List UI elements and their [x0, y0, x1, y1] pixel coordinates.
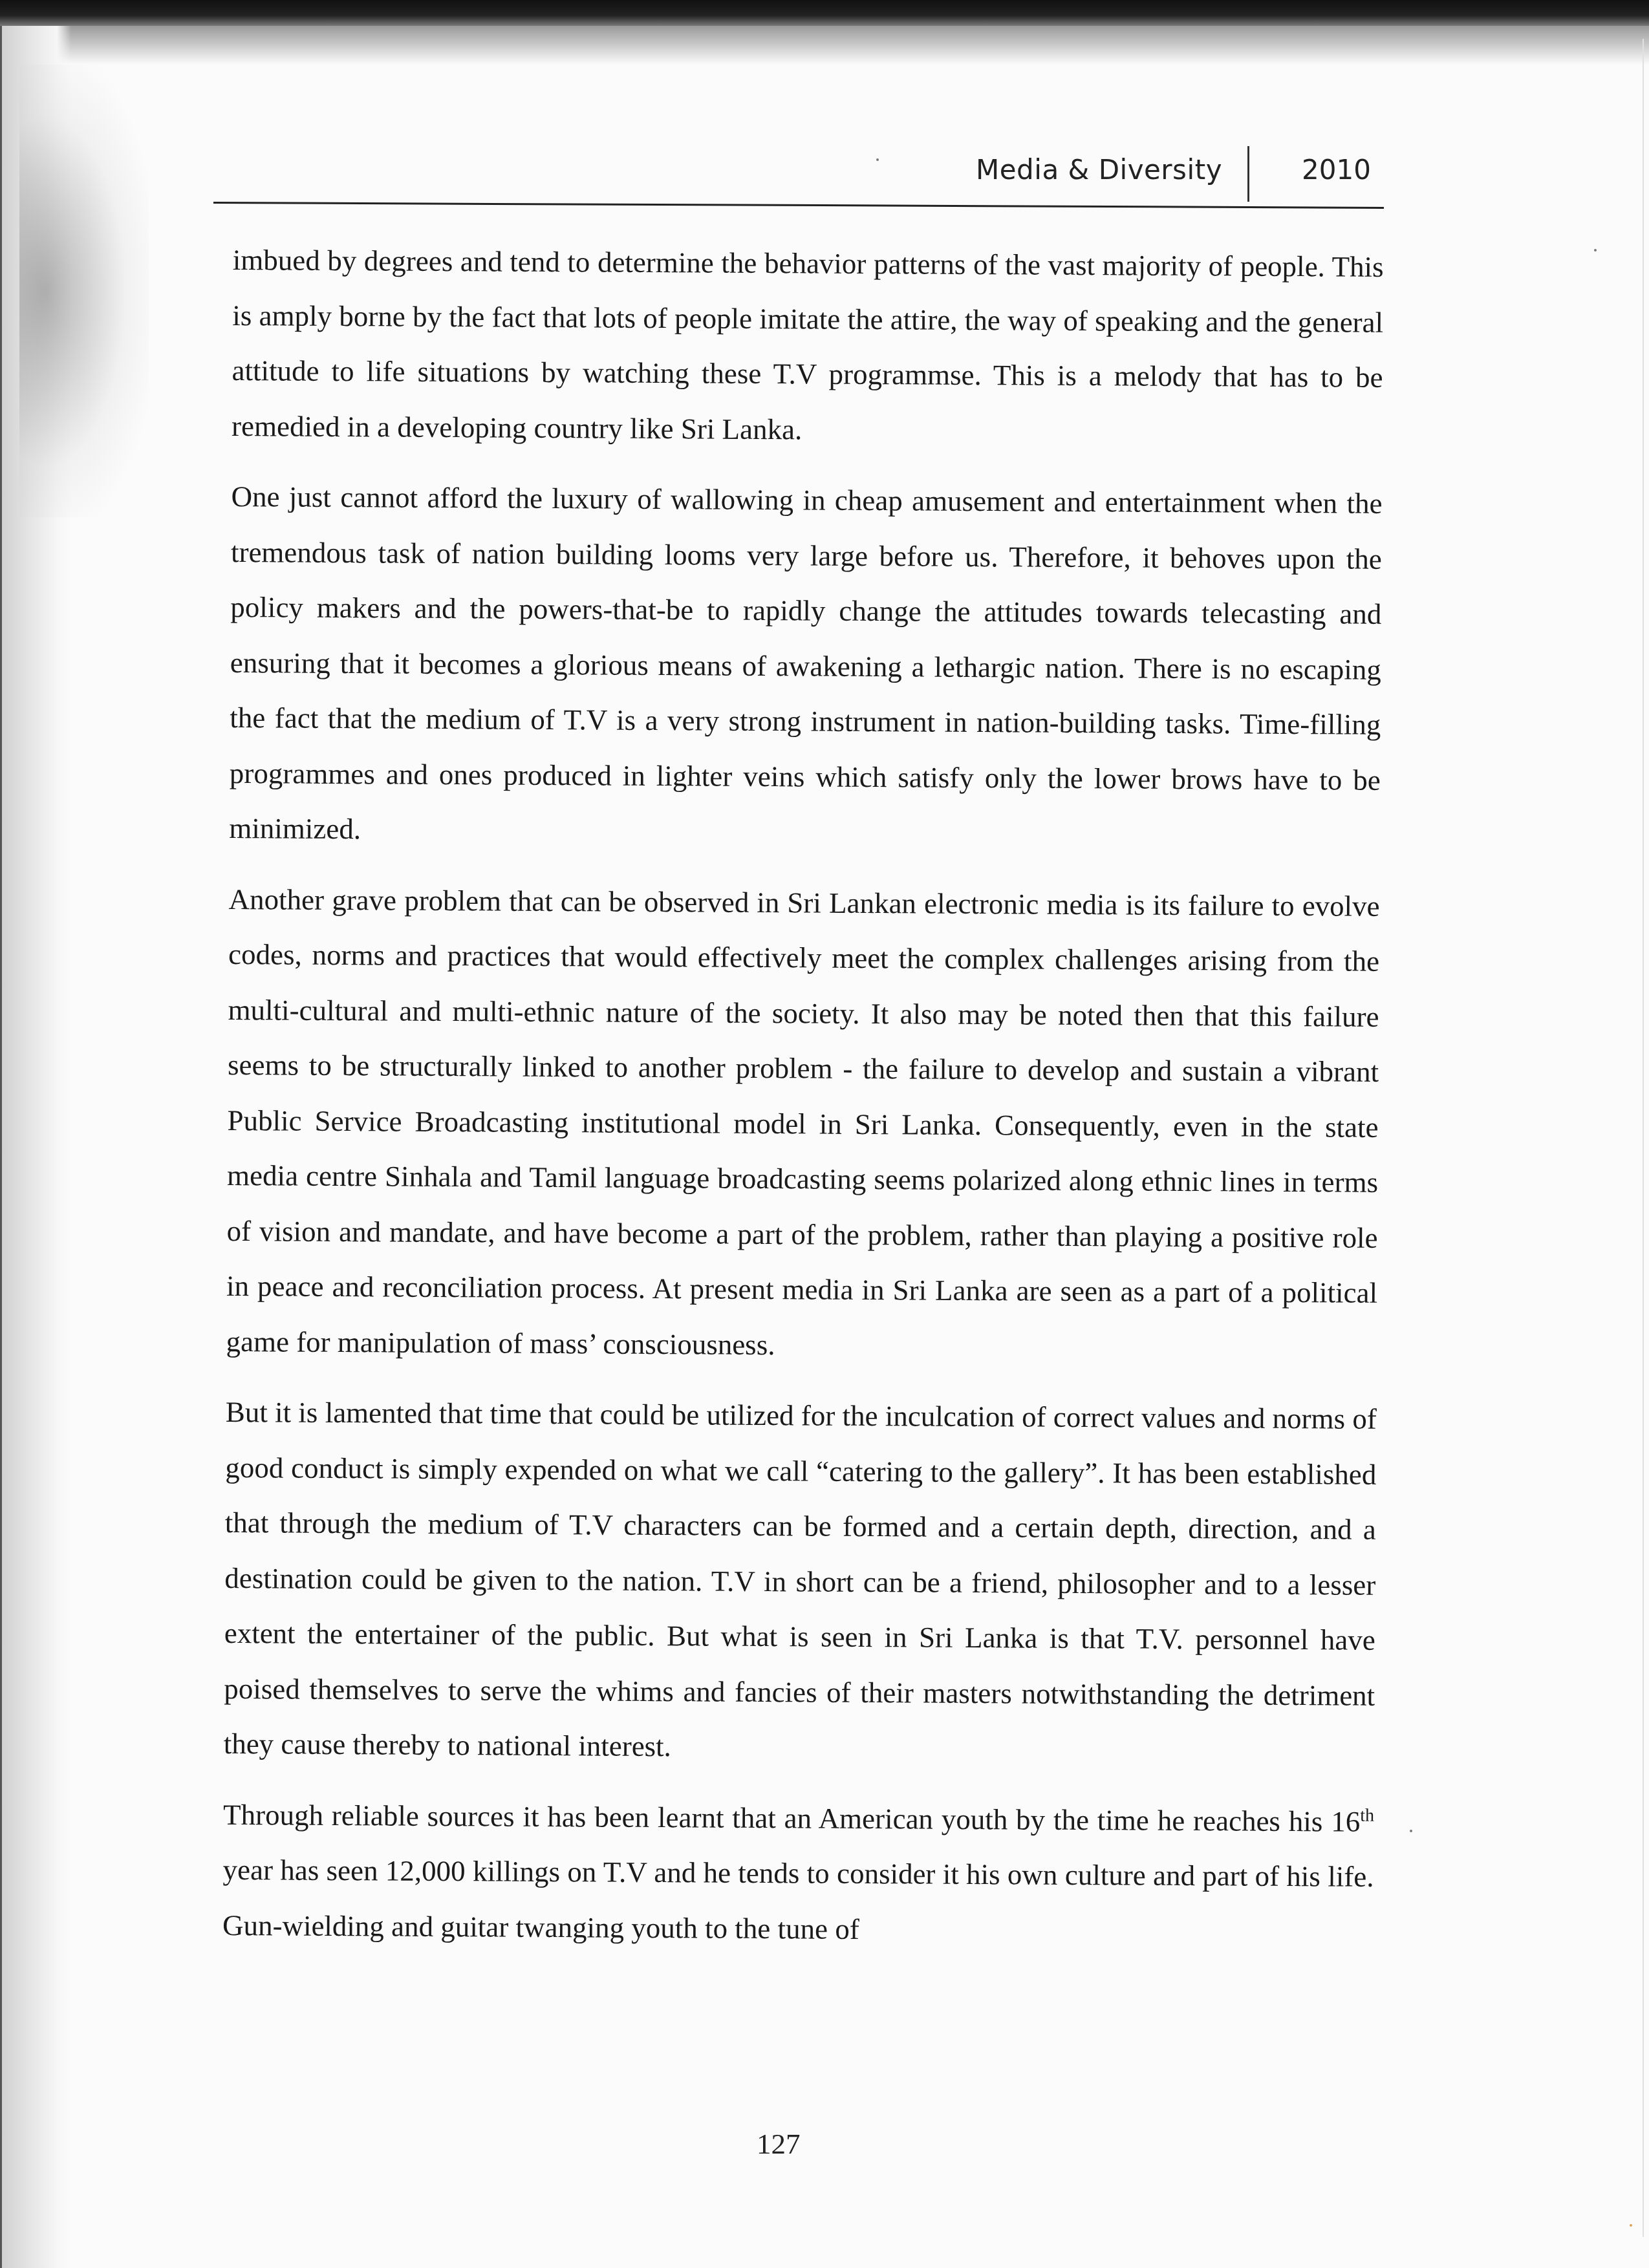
paragraph-3: Another grave problem that can be observ…: [226, 872, 1380, 1376]
scanner-shadow-fade: [0, 26, 1649, 65]
page-number: 127: [757, 2127, 801, 2161]
scan-speck: [1630, 2224, 1632, 2227]
paragraph-5-start: Through reliable sources it has been lea…: [223, 1798, 1360, 1837]
body-text: imbued by degrees and tend to determine …: [222, 233, 1384, 1960]
header-divider: [1247, 146, 1249, 202]
scan-speck: [876, 158, 879, 161]
page-edge-left: [0, 26, 2, 2268]
journal-year: 2010: [1302, 154, 1371, 186]
running-header: Media & Diversity 2010: [213, 149, 1384, 204]
scanner-shadow-top: [0, 0, 1649, 26]
journal-title: Media & Diversity: [976, 154, 1222, 186]
scan-speck: [1410, 1830, 1412, 1832]
paragraph-2: One just cannot afford the luxury of wal…: [229, 469, 1383, 863]
paragraph-1: imbued by degrees and tend to determine …: [232, 233, 1384, 461]
page-edge-right: [1643, 39, 1644, 2237]
header-rule: [213, 202, 1384, 209]
paragraph-4: But it is lamented that time that could …: [223, 1385, 1377, 1779]
scanner-shadow-binding: [19, 65, 149, 517]
paragraph-5-end: year has seen 12,000 killings on T.V and…: [222, 1854, 1374, 1945]
scan-speck: [1594, 249, 1597, 251]
paragraph-5: Through reliable sources it has been lea…: [222, 1787, 1375, 1960]
ordinal-suffix: th: [1360, 1805, 1374, 1825]
